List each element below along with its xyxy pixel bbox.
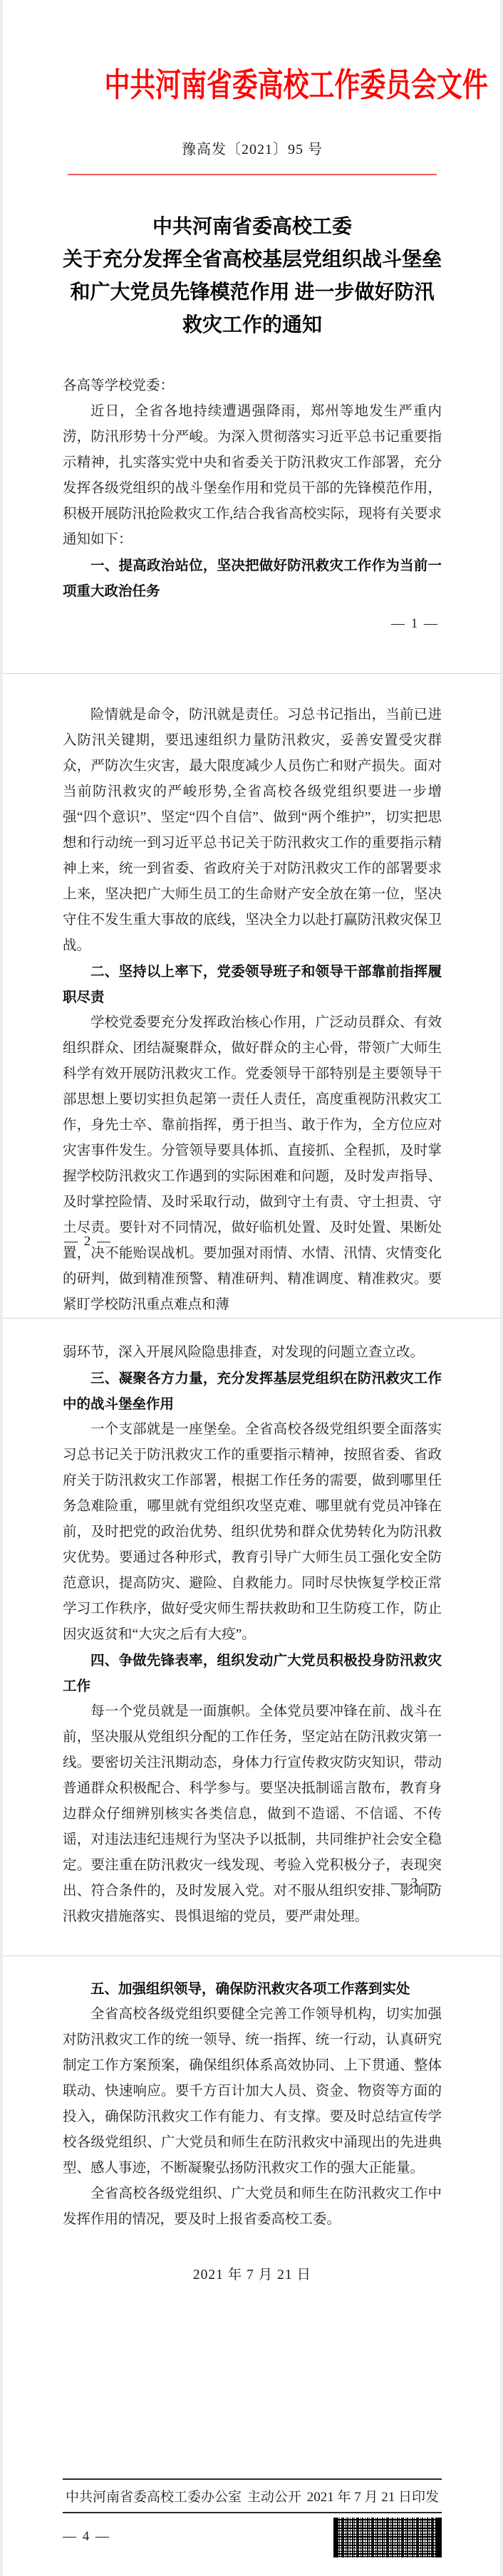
document-title-line: 中共河南省委高校工委 xyxy=(63,211,442,244)
salutation: 各高等学校党委： xyxy=(63,373,442,399)
issuing-authority-banner: 中共河南省委高校工作委员会文件 xyxy=(105,67,400,105)
paragraph: 一个支部就是一座堡垒。全省高校各级党组织要全面落实习总书记关于防汛救灾工作的重要… xyxy=(63,1417,442,1648)
document-number: 豫高发〔2021〕95 号 xyxy=(63,137,442,158)
paragraph: 学校党委要充分发挥政治核心作用，广泛动员群众、有效组织群众、团结凝聚群众，做好群… xyxy=(63,1010,442,1318)
print-date: 2021 年 7 月 21 日印发 xyxy=(307,2486,439,2505)
page-number: — 4 — xyxy=(63,2529,110,2545)
barcode-image xyxy=(333,2518,442,2557)
section-heading: 五、加强组织领导，确保防汛救灾各项工作落到实处 xyxy=(63,1976,442,2002)
page-3: 弱环节，深入开展风险隐患排查，对发现的问题立查立改。三、凝聚各方力量，充分发挥基… xyxy=(3,1318,500,1956)
document-title: 中共河南省委高校工委 关于充分发挥全省高校基层党组织战斗堡垒 和广大党员先锋模范… xyxy=(63,211,442,342)
publicity-status: 主动公开 xyxy=(247,2486,301,2505)
document-title-line: 关于充分发挥全省高校基层党组织战斗堡垒 xyxy=(63,244,442,276)
page-2: 险情就是命令，防汛就是责任。习总书记指出，当前已进入防汛关键期，要迅速组织力量防… xyxy=(3,673,500,1318)
page-number: — 3 — xyxy=(391,1876,439,1891)
section-heading: 三、凝聚各方力量，充分发挥基层党组织在防汛救灾工作中的战斗堡垒作用 xyxy=(63,1366,442,1417)
date-line: 2021 年 7 月 21 日 xyxy=(63,2263,442,2288)
document-title-line: 救灾工作的通知 xyxy=(63,309,442,342)
paragraph: 全省高校各级党组织、广大党员和师生在防汛救灾工作中发挥作用的情况，要及时上报省委… xyxy=(63,2181,442,2233)
paragraph: 全省高校各级党组织要健全完善工作领导机构，切实加强对防汛救灾工作的统一领导、统一… xyxy=(63,2002,442,2181)
page-1: 中共河南省委高校工作委员会文件 豫高发〔2021〕95 号 中共河南省委高校工委… xyxy=(3,0,500,673)
colophon-row: 中共河南省委高校工委办公室 主动公开 2021 年 7 月 21 日印发 xyxy=(63,2478,442,2513)
document-viewport: { "document": { "header": { "org_title":… xyxy=(0,0,503,2576)
page-number: — 1 — xyxy=(391,616,439,632)
paragraph: 险情就是命令，防汛就是责任。习总书记指出，当前已进入防汛关键期，要迅速组织力量防… xyxy=(63,702,442,959)
footer-colophon: 中共河南省委高校工委办公室 主动公开 2021 年 7 月 21 日印发 — 4… xyxy=(63,2478,442,2557)
document: 中共河南省委高校工作委员会文件 豫高发〔2021〕95 号 中共河南省委高校工委… xyxy=(3,0,500,2576)
page-body: 弱环节，深入开展风险隐患排查，对发现的问题立查立改。三、凝聚各方力量，充分发挥基… xyxy=(63,1340,442,1930)
paragraph-continued: 弱环节，深入开展风险隐患排查，对发现的问题立查立改。 xyxy=(63,1340,442,1366)
section-heading: 四、争做先锋表率，组织发动广大党员积极投身防汛救灾工作 xyxy=(63,1648,442,1699)
paragraph: 每一个党员就是一面旗帜。全体党员要冲锋在前、战斗在前，坚决服从党组织分配的工作任… xyxy=(63,1699,442,1930)
section-heading: 二、坚持以上率下，党委领导班子和领导干部靠前指挥履职尽责 xyxy=(63,959,442,1010)
page-body: 险情就是命令，防汛就是责任。习总书记指出，当前已进入防汛关键期，要迅速组织力量防… xyxy=(63,702,442,1318)
issuing-office: 中共河南省委高校工委办公室 xyxy=(66,2486,242,2505)
red-divider-line xyxy=(68,174,437,175)
page-body: 五、加强组织领导，确保防汛救灾各项工作落到实处全省高校各级党组织要健全完善工作领… xyxy=(63,1976,442,2288)
colophon-bottom: — 4 — xyxy=(63,2518,442,2557)
page-body: 各高等学校党委：近日，全省各地持续遭遇强降雨，郑州等地发生严重内涝，防汛形势十分… xyxy=(63,373,442,604)
document-title-line: 和广大党员先锋模范作用 进一步做好防汛 xyxy=(63,276,442,309)
page-4: 五、加强组织领导，确保防汛救灾各项工作落到实处全省高校各级党组织要健全完善工作领… xyxy=(3,1956,500,2576)
page-number: — 2 — xyxy=(64,1234,112,1250)
paragraph: 近日，全省各地持续遭遇强降雨，郑州等地发生严重内涝，防汛形势十分严峻。为深入贯彻… xyxy=(63,399,442,553)
section-heading: 一、提高政治站位，坚决把做好防汛救灾工作作为当前一项重大政治任务 xyxy=(63,553,442,604)
